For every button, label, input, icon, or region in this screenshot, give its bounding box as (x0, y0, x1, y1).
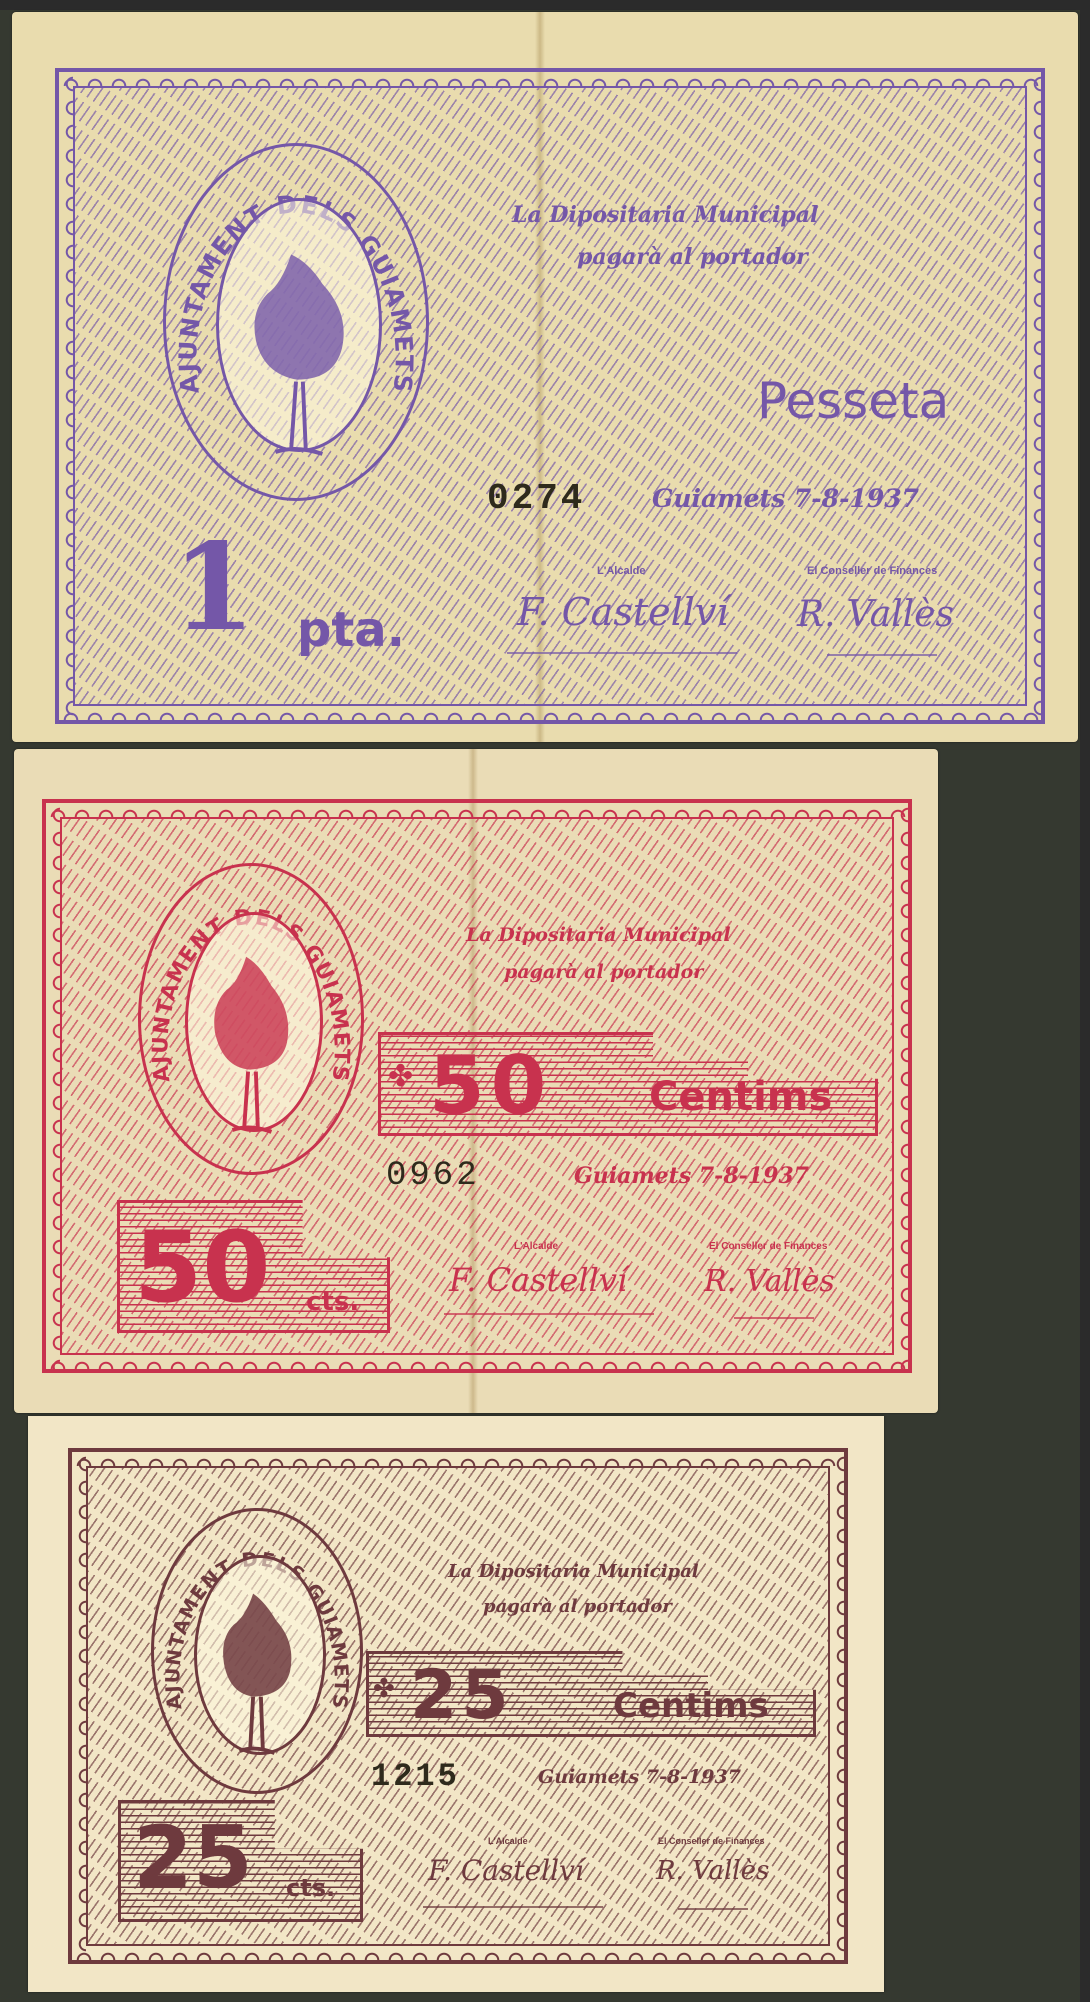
tree-icon (154, 1511, 360, 1791)
signature-2: R. Vallès (797, 594, 954, 635)
payer-line-2: pagarà al portador (577, 244, 808, 270)
signature-2: R. Vallès (656, 1856, 769, 1886)
value-ornament-icon: ✤ (373, 1674, 395, 1704)
signature-flourish-2 (734, 1317, 814, 1319)
tree-icon (166, 146, 426, 498)
border-band-right (830, 1452, 844, 1960)
value-unit: Pesseta (757, 372, 949, 430)
border-band-right (894, 803, 908, 1369)
value-unit: Centims (613, 1686, 769, 1726)
signature-flourish-1 (444, 1313, 654, 1315)
value-word: 25 (410, 1656, 513, 1735)
corner-value: 50 (134, 1211, 270, 1325)
signer-1-title: L'Alcalde (597, 565, 645, 577)
corner-unit: cts. (306, 1287, 359, 1317)
corner-unit: pta. (297, 602, 405, 658)
signature-flourish-2 (827, 654, 937, 656)
banknote-1-pesseta: AJUNTAMENT DELS GUIAMETS La Dipositaria … (12, 12, 1078, 742)
corner-unit: cts. (286, 1874, 335, 1902)
border-band-top (72, 1452, 844, 1466)
border-band-left (59, 72, 73, 720)
border-band-bottom (46, 1355, 908, 1369)
payer-line-1: La Dipositaria Municipal (448, 1561, 699, 1582)
municipal-seal: AJUNTAMENT DELS GUIAMETS (138, 863, 364, 1175)
signer-1-title: L'Alcalde (488, 1836, 528, 1846)
signer-2-title: El Conseller de Finances (709, 1241, 827, 1252)
banknote-25-centims: AJUNTAMENT DELS GUIAMETS La Dipositaria … (28, 1416, 884, 1992)
value-word: UNA (452, 342, 689, 448)
value-ornament-icon: ✤ (388, 1059, 413, 1094)
signer-2-title: El Conseller de Finances (658, 1836, 765, 1846)
value-unit: Centims (649, 1074, 832, 1120)
payer-line-1: La Dipositaria Municipal (466, 924, 731, 946)
value-word: 50 (429, 1039, 552, 1132)
border-band-left (72, 1452, 86, 1960)
corner-value: 25 (133, 1808, 253, 1908)
border-band-right (1027, 72, 1041, 720)
signature-2: R. Vallès (704, 1264, 835, 1299)
signer-1-title: L'Alcalde (514, 1241, 558, 1252)
signer-2-title: El Conseller de Finances (807, 565, 937, 577)
signature-1: F. Castellví (449, 1261, 627, 1299)
border-band-top (59, 72, 1041, 86)
place-date: Guiamets 7-8-1937 (652, 484, 919, 513)
signature-flourish-1 (507, 652, 737, 654)
municipal-seal: AJUNTAMENT DELS GUIAMETS (151, 1508, 363, 1794)
background-edge-right (1080, 0, 1090, 2002)
payer-line-2: pagarà al portador (504, 961, 703, 983)
municipal-seal: AJUNTAMENT DELS GUIAMETS (163, 143, 429, 501)
serial-number: 0962 (386, 1157, 480, 1195)
payer-line-1: La Dipositaria Municipal (512, 202, 818, 228)
place-date: Guiamets 7-8-1937 (538, 1766, 741, 1788)
background-edge-top (0, 0, 1090, 10)
signature-flourish-1 (423, 1906, 603, 1908)
border-band-bottom (59, 706, 1041, 720)
payer-line-2: pagarà al portador (483, 1596, 672, 1617)
serial-number: 1215 (371, 1758, 460, 1795)
corner-value: 1 (172, 517, 256, 658)
place-date: Guiamets 7-8-1937 (574, 1163, 809, 1189)
border-band-bottom (72, 1946, 844, 1960)
signature-1: F. Castellví (517, 590, 729, 634)
signature-flourish-2 (678, 1908, 748, 1910)
border-band-top (46, 803, 908, 817)
banknote-50-centims: AJUNTAMENT DELS GUIAMETS La Dipositaria … (14, 749, 938, 1413)
signature-1: F. Castellví (428, 1854, 584, 1887)
tree-icon (141, 866, 361, 1172)
serial-number: 0274 (487, 478, 585, 519)
border-band-left (46, 803, 60, 1369)
